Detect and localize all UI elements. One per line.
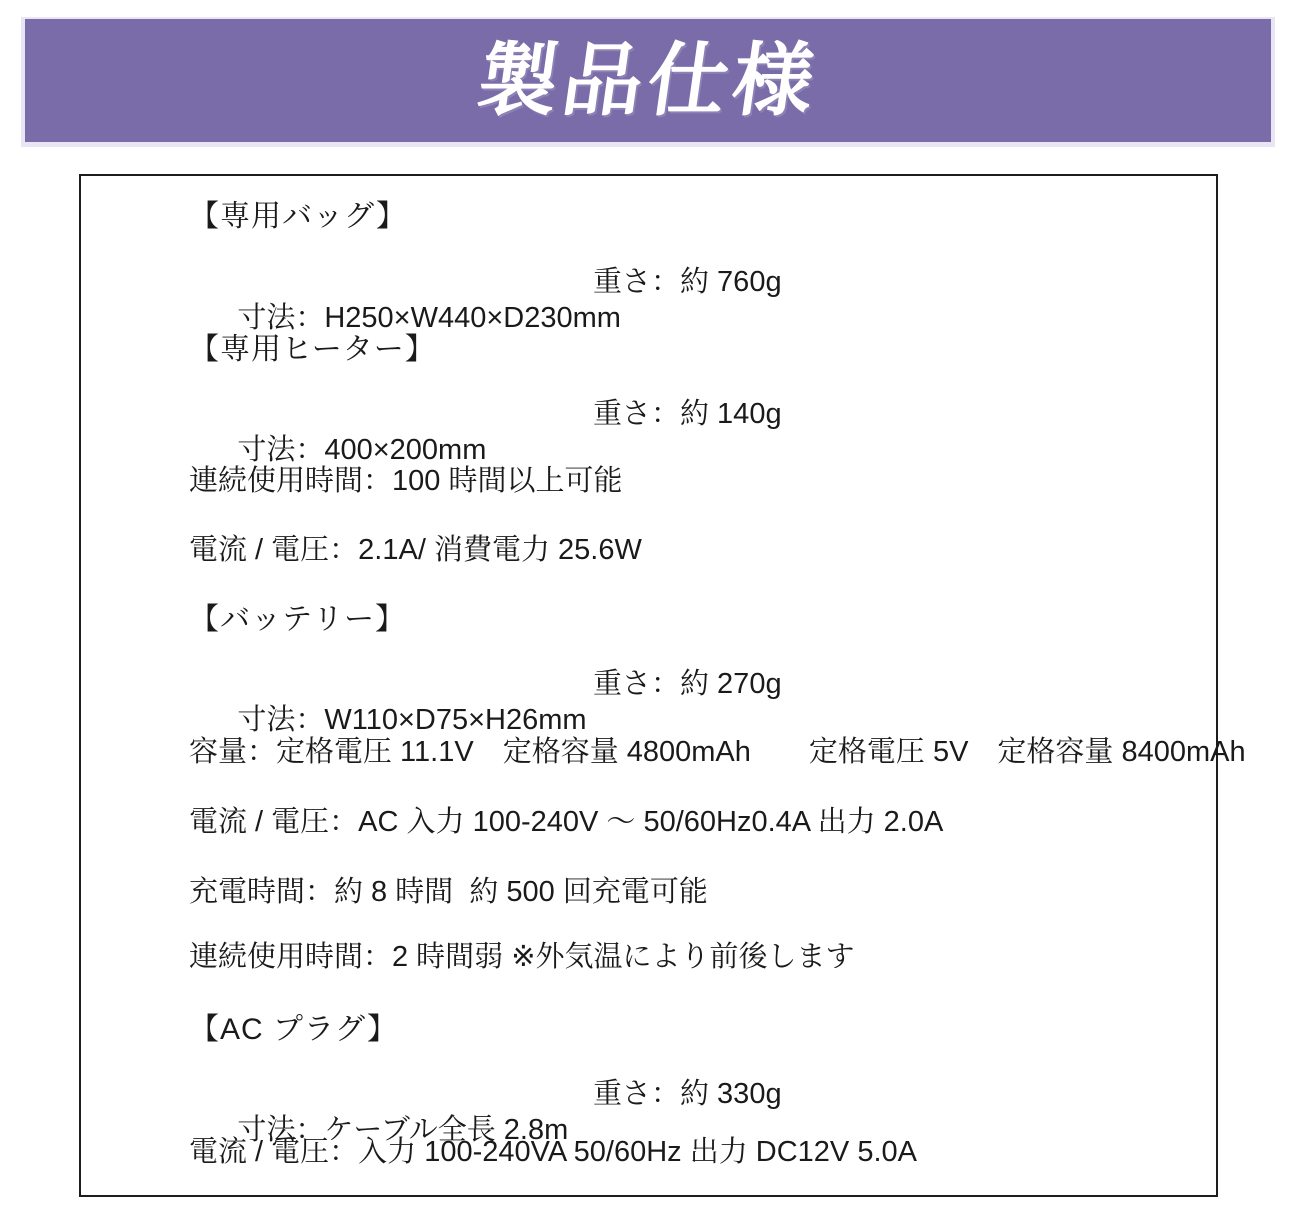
spec-value-size: 寸法：H250×W440×D230mm — [237, 302, 621, 334]
spec-row-battery-current: 電流 / 電圧：AC 入力 100-240V ～ 50/60Hz0.4A 出力 … — [189, 804, 1206, 840]
header-banner-inner: 製品仕様 — [25, 19, 1271, 142]
spec-row-heater-usage-time: 連続使用時間：100 時間以上可能 — [189, 463, 1206, 499]
spec-sheet-page: 製品仕様 【専用バッグ】 寸法：H250×W440×D230mm 重さ：約 76… — [0, 0, 1298, 1216]
header-banner: 製品仕様 — [21, 17, 1275, 147]
spec-value-weight: 重さ：約 330g — [593, 1076, 782, 1112]
page-title: 製品仕様 — [472, 41, 823, 121]
spec-row-battery-usage-time: 連続使用時間：2 時間弱 ※外気温により前後します — [189, 939, 1206, 975]
section-heading-battery: 【バッテリー】 — [189, 602, 1206, 638]
spec-row-battery-capacity: 容量：定格電圧 11.1V 定格容量 4800mAh 定格電圧 5V 定格容量 … — [189, 734, 1206, 770]
spec-row-acplug-current: 電流 / 電圧：入力 100-240VA 50/60Hz 出力 DC12V 5.… — [189, 1134, 1206, 1170]
spec-box: 【専用バッグ】 寸法：H250×W440×D230mm 重さ：約 760g 【専… — [79, 174, 1218, 1197]
section-heading-ac-plug: 【AC プラグ】 — [189, 1012, 1206, 1048]
spec-row-battery-charge-time: 充電時間：約 8 時間 約 500 回充電可能 — [189, 874, 1206, 910]
section-heading-bag: 【専用バッグ】 — [189, 199, 1206, 235]
spec-value-size: 寸法：W110×D75×H26mm — [237, 704, 586, 736]
spec-value-weight: 重さ：約 270g — [593, 666, 782, 702]
spec-row-heater-current: 電流 / 電圧：2.1A/ 消費電力 25.6W — [189, 532, 1206, 568]
section-heading-heater: 【専用ヒーター】 — [189, 332, 1206, 368]
spec-value-weight: 重さ：約 140g — [593, 396, 782, 432]
spec-value-weight: 重さ：約 760g — [593, 264, 782, 300]
spec-value-size: 寸法：400×200mm — [237, 434, 486, 466]
